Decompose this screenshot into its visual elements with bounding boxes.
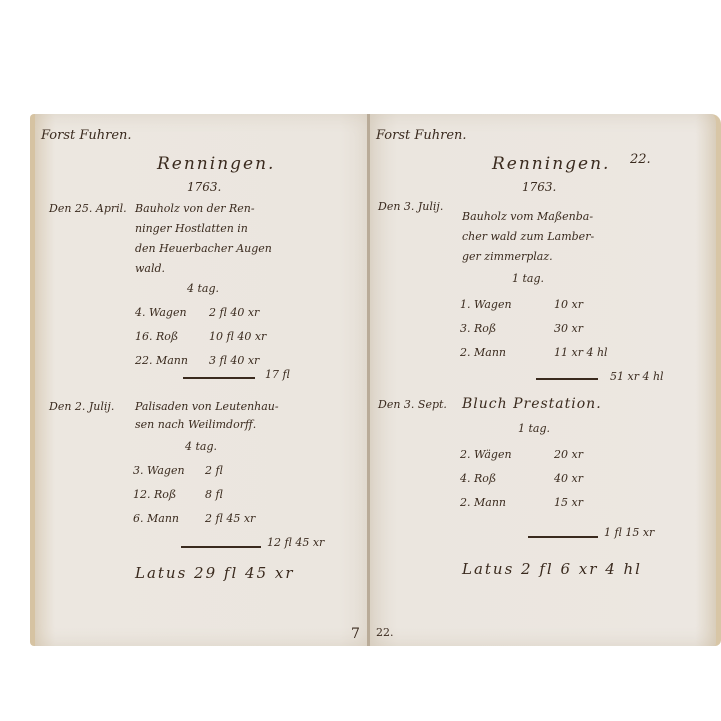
item-amount: 10 xr [554, 298, 583, 311]
entry-date: Den 25. April. [49, 202, 127, 215]
item-label: 16. Roß [135, 330, 178, 343]
entry-description: ninger Hostlatten in [135, 222, 248, 235]
item-label: 2. Mann [460, 346, 506, 359]
entry-description: ger zimmerplaz. [462, 250, 553, 263]
item-amount: 2 fl 40 xr [209, 306, 259, 319]
item-amount: 20 xr [554, 448, 583, 461]
item-label: 1. Wagen [460, 298, 512, 311]
place-title: Renningen. [157, 154, 275, 174]
item-amount: 10 fl 40 xr [209, 330, 266, 343]
page-number: 7 [351, 626, 360, 642]
place-title: Renningen. [492, 154, 610, 174]
item-amount: 40 xr [554, 472, 583, 485]
entry-total: 17 fl [265, 368, 290, 381]
corner-mark: 22. [630, 152, 651, 167]
page-header: Forst Fuhren. [376, 128, 467, 143]
item-label: 2. Wägen [460, 448, 512, 461]
item-amount: 30 xr [554, 322, 583, 335]
entry-total: 12 fl 45 xr [267, 536, 324, 549]
item-label: 4. Roß [460, 472, 496, 485]
left-page: Forst Fuhren. Renningen. 1763. Den 25. A… [30, 114, 373, 646]
latus-summary: Latus 29 fl 45 xr [135, 564, 295, 582]
entry-rate: 4 tag. [185, 440, 217, 453]
entry-total: 1 fl 15 xr [604, 526, 654, 539]
entry-description: cher wald zum Lamber- [462, 230, 594, 243]
year: 1763. [522, 180, 556, 194]
entry-description: Palisaden von Leutenhau- [135, 400, 279, 413]
entry-description: den Heuerbacher Augen [135, 242, 272, 255]
entry-date: Den 2. Julij. [49, 400, 114, 413]
item-amount: 15 xr [554, 496, 583, 509]
right-page: Forst Fuhren. Renningen. 22. 1763. Den 3… [370, 114, 721, 646]
item-label: 12. Roß [133, 488, 176, 501]
entry-total: 51 xr 4 hl [610, 370, 664, 383]
entry-date: Den 3. Julij. [378, 200, 443, 213]
entry-rate: 1 tag. [518, 422, 550, 435]
item-amount: 11 xr 4 hl [554, 346, 608, 359]
entry-description: Bauholz von der Ren- [135, 202, 255, 215]
year: 1763. [187, 180, 221, 194]
item-label: 22. Mann [135, 354, 188, 367]
total-rule [536, 378, 598, 380]
item-label: 4. Wagen [135, 306, 187, 319]
total-rule [181, 546, 261, 548]
page-header: Forst Fuhren. [41, 128, 132, 143]
page-number: 22. [376, 626, 394, 639]
item-label: 6. Mann [133, 512, 179, 525]
latus-summary: Latus 2 fl 6 xr 4 hl [462, 560, 642, 578]
item-amount: 2 fl 45 xr [205, 512, 255, 525]
item-amount: 2 fl [205, 464, 223, 477]
item-label: 2. Mann [460, 496, 506, 509]
total-rule [183, 377, 255, 379]
entry-description: Bauholz vom Maßenba- [462, 210, 593, 223]
entry-rate: 4 tag. [187, 282, 219, 295]
item-label: 3. Roß [460, 322, 496, 335]
entry-description: sen nach Weilimdorff. [135, 418, 256, 431]
entry-description: Bluch Prestation. [462, 396, 602, 412]
item-label: 3. Wagen [133, 464, 185, 477]
entry-date: Den 3. Sept. [378, 398, 447, 411]
open-ledger-book: Forst Fuhren. Renningen. 1763. Den 25. A… [30, 114, 721, 650]
item-amount: 3 fl 40 xr [209, 354, 259, 367]
item-amount: 8 fl [205, 488, 223, 501]
total-rule [528, 536, 598, 538]
entry-description: wald. [135, 262, 165, 275]
entry-rate: 1 tag. [512, 272, 544, 285]
